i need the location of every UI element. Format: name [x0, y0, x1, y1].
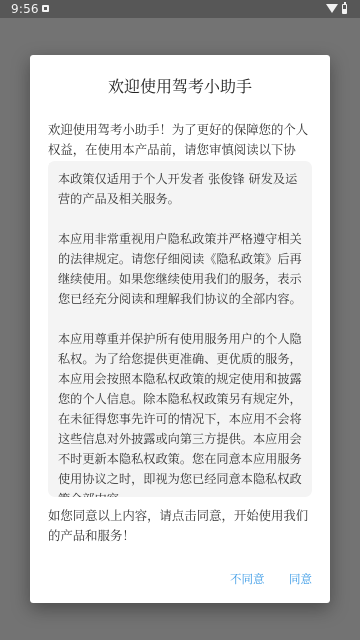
- policy-paragraph: 本应用非常重视用户隐私政策并严格遵守相关的法律规定。请您仔细阅读《隐私政策》后再…: [58, 229, 308, 309]
- policy-paragraph: 本应用尊重并保护所有使用服务用户的个人隐私权。为了给您提供更准确、更优质的服务，…: [58, 329, 308, 497]
- policy-paragraph: 本政策仅适用于个人开发者 张俊锋 研发及运营的产品及相关服务。: [58, 169, 308, 209]
- policy-content: 本政策仅适用于个人开发者 张俊锋 研发及运营的产品及相关服务。 本应用非常重视用…: [58, 169, 308, 497]
- disagree-button[interactable]: 不同意: [230, 571, 265, 587]
- dialog-title: 欢迎使用驾考小助手: [30, 74, 330, 97]
- privacy-dialog: 欢迎使用驾考小助手 欢迎使用驾考小助手！为了更好的保障您的个人权益，在使用本产品…: [30, 55, 330, 603]
- status-time: 9:56: [11, 2, 39, 16]
- agree-button[interactable]: 同意: [289, 571, 312, 587]
- notification-a-icon: [42, 5, 49, 12]
- wifi-icon: [326, 4, 338, 13]
- policy-scroll-area[interactable]: 本政策仅适用于个人开发者 张俊锋 研发及运营的产品及相关服务。 本应用非常重视用…: [48, 161, 312, 497]
- status-bar: 9:56: [0, 0, 360, 18]
- battery-icon: [342, 4, 347, 14]
- dialog-footer-text: 如您同意以上内容，请点击同意，开始使用我们的产品和服务！: [48, 506, 318, 546]
